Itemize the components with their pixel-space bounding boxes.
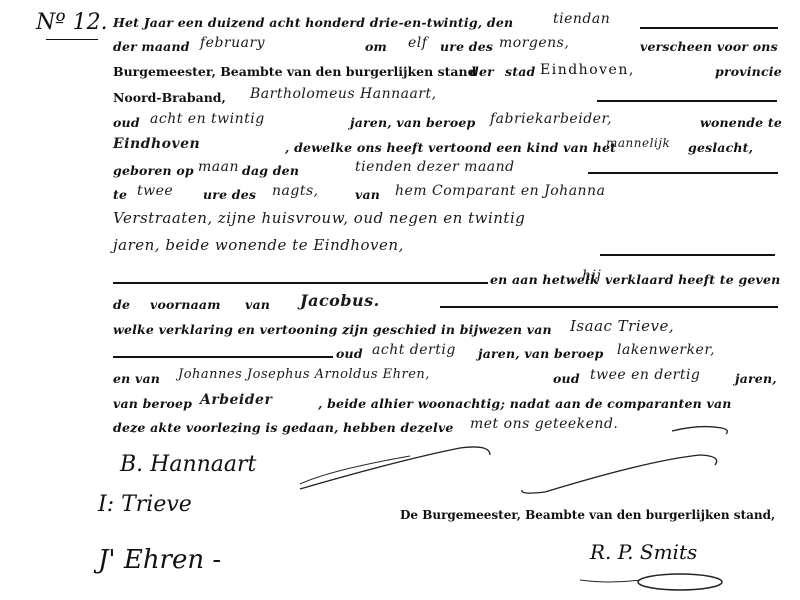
signature-witness-3: J' Ehren - (98, 545, 221, 575)
signature-witness-2: I: Trieve (98, 492, 192, 517)
signature-witness-1: B. Hannaart (120, 452, 256, 477)
official-title: De Burgemeester, Beambte van den burgerl… (400, 508, 775, 522)
official-signature-flourish (560, 560, 760, 600)
birth-record-document: Nº 12. Het Jaar een duizend acht honderd… (0, 0, 800, 600)
